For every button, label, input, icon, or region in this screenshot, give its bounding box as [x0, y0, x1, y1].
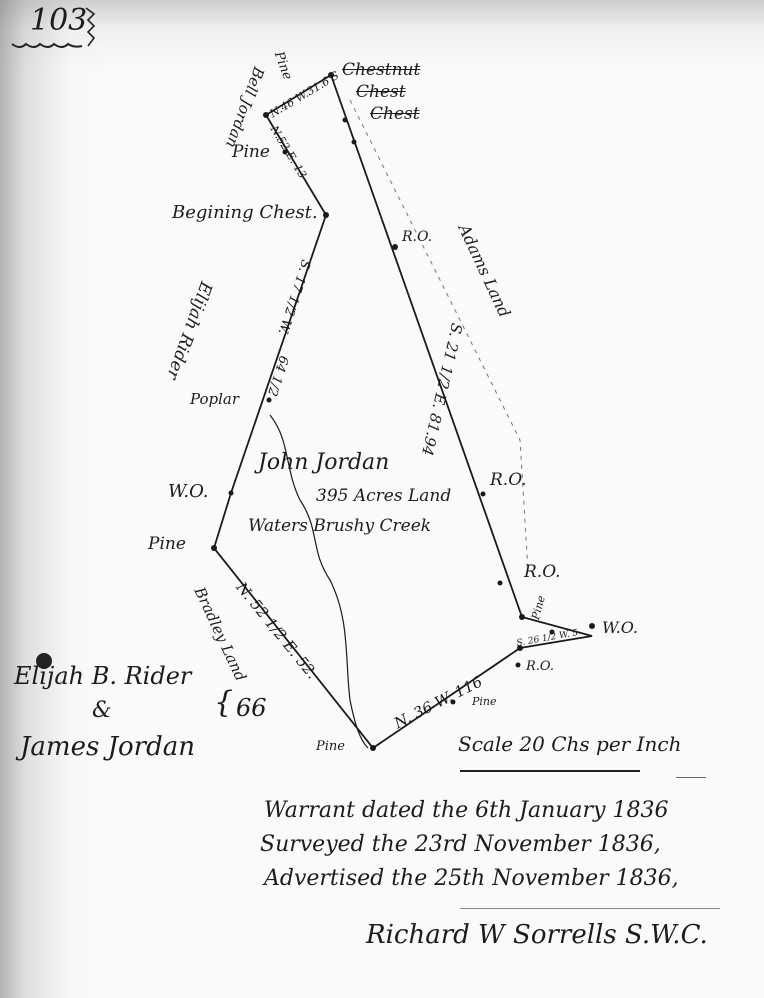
scale-label: Scale 20 Chs per Inch — [458, 734, 681, 754]
grantee-brace: { — [214, 688, 233, 718]
tract-owner: John Jordan — [258, 452, 389, 474]
corner-pine-bottom: Pine — [316, 740, 345, 753]
corner-ro-mid: R.O. — [490, 472, 527, 489]
grantee-number: 66 — [236, 696, 267, 720]
note-surveyed: Surveyed the 23rd November 1836, — [260, 834, 661, 856]
tract-waters: Waters Brushy Creek — [248, 518, 431, 535]
surveyor-signature: Richard W Sorrells S.W.C. — [366, 922, 708, 948]
corner-chest-1: Chest — [356, 84, 406, 101]
note-warrant: Warrant dated the 6th January 1836 — [264, 800, 668, 822]
corner-wo-right: W.O. — [602, 620, 638, 636]
document-page: 103 — [0, 0, 764, 998]
corner-beginning: Begining Chest. — [172, 204, 318, 222]
corner-ro-bottom: R.O. — [526, 660, 554, 673]
grantee-1: Elijah B. Rider — [14, 664, 191, 688]
corner-chest-2: Chest — [370, 106, 420, 123]
corner-ro-lower: R.O. — [524, 564, 561, 581]
scale-underline — [460, 770, 640, 772]
corner-wo-left: W.O. — [168, 483, 209, 501]
note-advertised: Advertised the 25th November 1836, — [264, 868, 679, 890]
corner-ro-upper: R.O. — [402, 230, 432, 244]
grantee-2: James Jordan — [20, 734, 195, 760]
signature-overline — [460, 908, 720, 909]
corner-poplar: Poplar — [190, 392, 239, 407]
corner-chestnut: Chestnut — [342, 62, 420, 79]
grantee-amp: & — [92, 700, 112, 722]
corner-pine-left: Pine — [148, 536, 186, 553]
tract-acreage: 395 Acres Land — [316, 488, 451, 505]
corner-pine-bottom-line: Pine — [472, 696, 497, 707]
scale-underline-short — [676, 777, 706, 778]
